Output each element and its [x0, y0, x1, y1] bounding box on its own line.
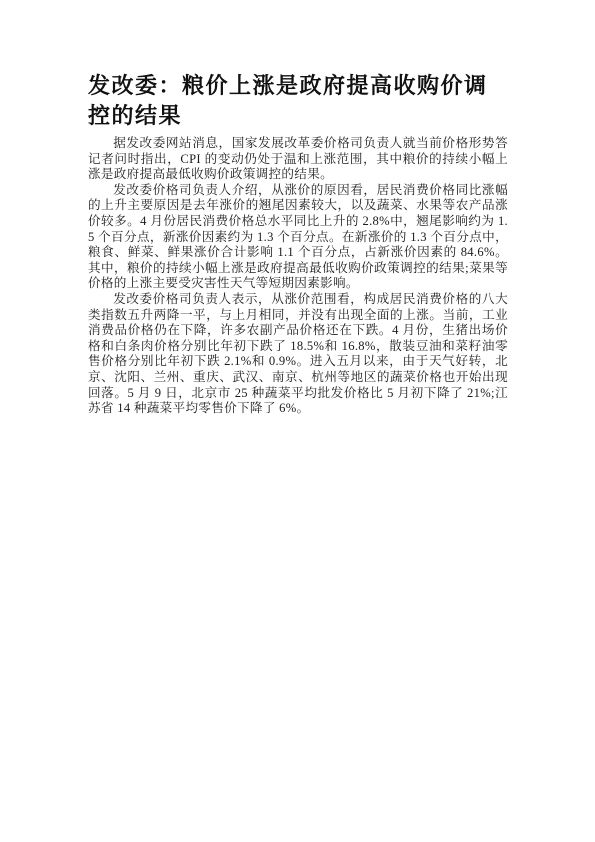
article-paragraph-2: 发改委价格司负责人介绍，从涨价的原因看，居民消费价格同比涨幅的上升主要原因是去年…	[88, 183, 508, 292]
article-paragraph-1: 据发改委网站消息，国家发展改革委价格司负责人就当前价格形势答记者问时指出，CPI…	[88, 136, 508, 183]
article-title: 发改委：粮价上涨是政府提高收购价调控的结果	[88, 71, 508, 131]
article-paragraph-3: 发改委价格司负责人表示，从涨价范围看，构成居民消费价格的八大类指数五升两降一平，…	[88, 292, 508, 417]
document-page: 发改委：粮价上涨是政府提高收购价调控的结果 据发改委网站消息，国家发展改革委价格…	[0, 0, 595, 842]
article: 发改委：粮价上涨是政府提高收购价调控的结果 据发改委网站消息，国家发展改革委价格…	[88, 71, 508, 417]
article-body: 据发改委网站消息，国家发展改革委价格司负责人就当前价格形势答记者问时指出，CPI…	[88, 136, 508, 417]
